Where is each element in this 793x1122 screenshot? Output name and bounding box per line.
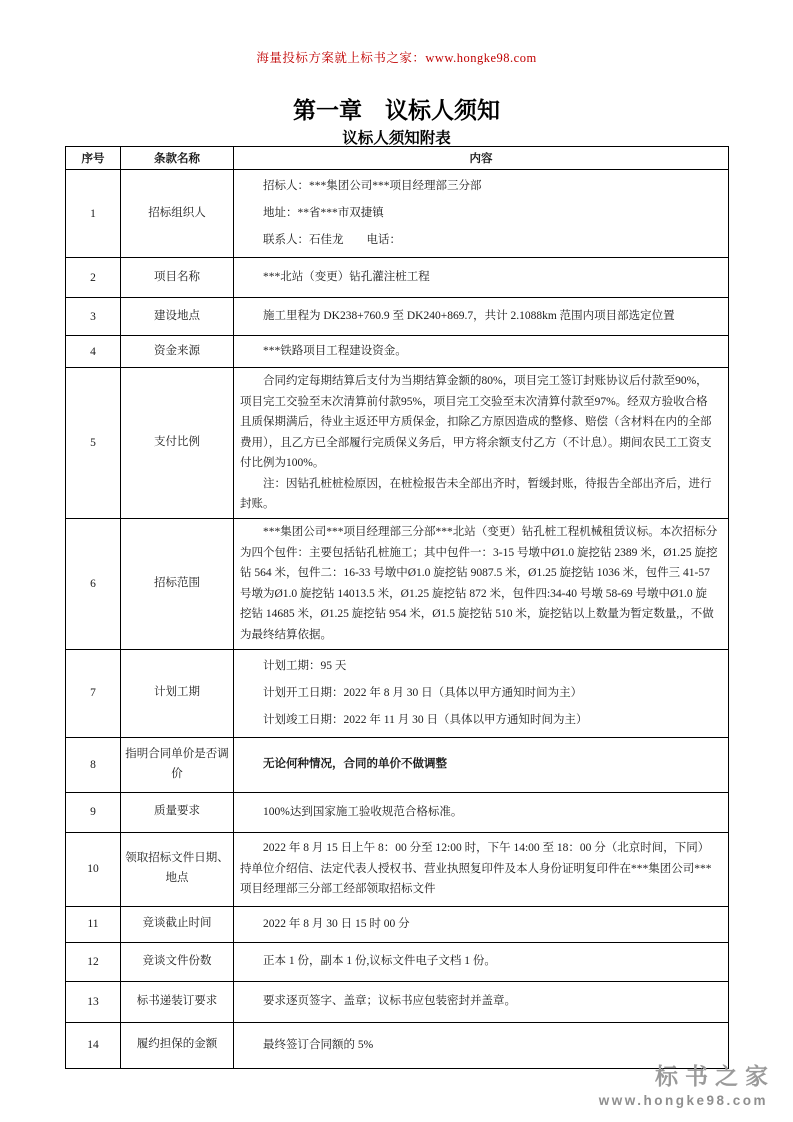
content-paragraph: 招标人：***集团公司***项目经理部三分部	[240, 173, 718, 200]
clause-content: 正本 1 份，副本 1 份,议标文件电子文档 1 份。	[234, 942, 729, 981]
row-seq-no: 8	[66, 737, 121, 792]
clause-name: 质量要求	[121, 792, 234, 832]
clause-content: ***北站（变更）钻孔灌注桩工程	[234, 258, 729, 298]
row-seq-no: 5	[66, 368, 121, 519]
content-paragraph: 正本 1 份，副本 1 份,议标文件电子文档 1 份。	[240, 951, 718, 972]
table-header-row: 序号 条款名称 内容	[66, 147, 729, 170]
table-row: 6招标范围***集团公司***项目经理部三分部***北站（变更）钻孔桩工程机械租…	[66, 518, 729, 649]
table-row: 10领取招标文件日期、地点2022 年 8 月 15 日上午 8：00 分至 1…	[66, 832, 729, 906]
clause-content: 100%达到国家施工验收规范合格标准。	[234, 792, 729, 832]
row-seq-no: 4	[66, 336, 121, 368]
table-row: 3建设地点施工里程为 DK238+760.9 至 DK240+869.7，共计 …	[66, 298, 729, 336]
content-paragraph: 合同约定每期结算后支付为当期结算金额的80%，项目完工签订封账协议后付款至90%…	[240, 371, 718, 474]
row-seq-no: 6	[66, 518, 121, 649]
clause-content: 合同约定每期结算后支付为当期结算金额的80%，项目完工签订封账协议后付款至90%…	[234, 368, 729, 519]
clause-name: 领取招标文件日期、地点	[121, 832, 234, 906]
clause-content: 计划工期：95 天计划开工日期：2022 年 8 月 30 日（具体以甲方通知时…	[234, 649, 729, 737]
table-row: 9质量要求100%达到国家施工验收规范合格标准。	[66, 792, 729, 832]
clause-name: 竞谈文件份数	[121, 942, 234, 981]
clause-name: 计划工期	[121, 649, 234, 737]
content-paragraph: 要求逐页签字、盖章；议标书应包装密封并盖章。	[240, 991, 718, 1012]
content-paragraph: 计划开工日期：2022 年 8 月 30 日（具体以甲方通知时间为主）	[240, 680, 718, 707]
table-row: 13标书递装订要求要求逐页签字、盖章；议标书应包装密封并盖章。	[66, 981, 729, 1022]
content-paragraph: 2022 年 8 月 15 日上午 8：00 分至 12:00 时，下午 14:…	[240, 838, 718, 900]
table-row: 4资金来源***铁路项目工程建设资金。	[66, 336, 729, 368]
table-row: 11竞谈截止时间2022 年 8 月 30 日 15 时 00 分	[66, 906, 729, 942]
table-row: 5支付比例合同约定每期结算后支付为当期结算金额的80%，项目完工签订封账协议后付…	[66, 368, 729, 519]
clause-content: 施工里程为 DK238+760.9 至 DK240+869.7，共计 2.108…	[234, 298, 729, 336]
clause-name: 资金来源	[121, 336, 234, 368]
row-seq-no: 10	[66, 832, 121, 906]
clause-name: 招标组织人	[121, 170, 234, 258]
page-title: 第一章 议标人须知	[0, 92, 793, 125]
content-paragraph: 计划工期：95 天	[240, 653, 718, 680]
header-content: 内容	[234, 147, 729, 170]
clause-name: 指明合同单价是否调价	[121, 737, 234, 792]
clause-name: 建设地点	[121, 298, 234, 336]
row-seq-no: 14	[66, 1022, 121, 1068]
clause-content: 2022 年 8 月 30 日 15 时 00 分	[234, 906, 729, 942]
content-paragraph: 施工里程为 DK238+760.9 至 DK240+869.7，共计 2.108…	[240, 306, 718, 327]
clause-name: 履约担保的金额	[121, 1022, 234, 1068]
content-paragraph: 计划竣工日期：2022 年 11 月 30 日（具体以甲方通知时间为主）	[240, 707, 718, 734]
clause-name: 项目名称	[121, 258, 234, 298]
header-seq-no: 序号	[66, 147, 121, 170]
clause-name: 竞谈截止时间	[121, 906, 234, 942]
row-seq-no: 13	[66, 981, 121, 1022]
clause-content: ***铁路项目工程建设资金。	[234, 336, 729, 368]
notice-table-body: 1招标组织人招标人：***集团公司***项目经理部三分部地址：**省***市双捷…	[66, 170, 729, 1069]
clause-content: 要求逐页签字、盖章；议标书应包装密封并盖章。	[234, 981, 729, 1022]
content-paragraph: 最终签订合同额的 5%	[240, 1035, 718, 1056]
watermark-url: www.hongke98.com	[599, 1093, 768, 1108]
row-seq-no: 11	[66, 906, 121, 942]
clause-name: 支付比例	[121, 368, 234, 519]
content-paragraph: ***集团公司***项目经理部三分部***北站（变更）钻孔桩工程机械租赁议标。本…	[240, 522, 718, 645]
content-paragraph: 无论何种情况，合同的单价不做调整	[240, 754, 718, 775]
top-banner: 海量投标方案就上标书之家：www.hongke98.com	[0, 48, 793, 66]
row-seq-no: 7	[66, 649, 121, 737]
content-paragraph: 100%达到国家施工验收规范合格标准。	[240, 802, 718, 823]
table-title: 议标人须知附表	[0, 126, 793, 148]
clause-content: ***集团公司***项目经理部三分部***北站（变更）钻孔桩工程机械租赁议标。本…	[234, 518, 729, 649]
notice-table: 序号 条款名称 内容 1招标组织人招标人：***集团公司***项目经理部三分部地…	[65, 146, 729, 1069]
row-seq-no: 9	[66, 792, 121, 832]
clause-content: 2022 年 8 月 15 日上午 8：00 分至 12:00 时，下午 14:…	[234, 832, 729, 906]
header-clause-name: 条款名称	[121, 147, 234, 170]
clause-content: 招标人：***集团公司***项目经理部三分部地址：**省***市双捷镇联系人：石…	[234, 170, 729, 258]
table-row: 8指明合同单价是否调价无论何种情况，合同的单价不做调整	[66, 737, 729, 792]
clause-name: 标书递装订要求	[121, 981, 234, 1022]
watermark-logo: 标书之家	[599, 1058, 775, 1091]
content-paragraph: 2022 年 8 月 30 日 15 时 00 分	[240, 914, 718, 935]
content-paragraph: 联系人：石佳龙 电话：	[240, 227, 718, 254]
clause-name: 招标范围	[121, 518, 234, 649]
row-seq-no: 2	[66, 258, 121, 298]
watermark: 标书之家 www.hongke98.com	[599, 1058, 768, 1108]
table-row: 1招标组织人招标人：***集团公司***项目经理部三分部地址：**省***市双捷…	[66, 170, 729, 258]
content-paragraph: 地址：**省***市双捷镇	[240, 200, 718, 227]
row-seq-no: 3	[66, 298, 121, 336]
row-seq-no: 12	[66, 942, 121, 981]
content-paragraph: 注：因钻孔桩桩检原因，在桩检报告未全部出齐时，暂缓封账，待报告全部出齐后，进行封…	[240, 474, 718, 515]
table-row: 2项目名称***北站（变更）钻孔灌注桩工程	[66, 258, 729, 298]
content-paragraph: ***铁路项目工程建设资金。	[240, 341, 718, 362]
row-seq-no: 1	[66, 170, 121, 258]
table-row: 12竞谈文件份数正本 1 份，副本 1 份,议标文件电子文档 1 份。	[66, 942, 729, 981]
table-row: 7计划工期计划工期：95 天计划开工日期：2022 年 8 月 30 日（具体以…	[66, 649, 729, 737]
clause-content: 无论何种情况，合同的单价不做调整	[234, 737, 729, 792]
content-paragraph: ***北站（变更）钻孔灌注桩工程	[240, 267, 718, 288]
